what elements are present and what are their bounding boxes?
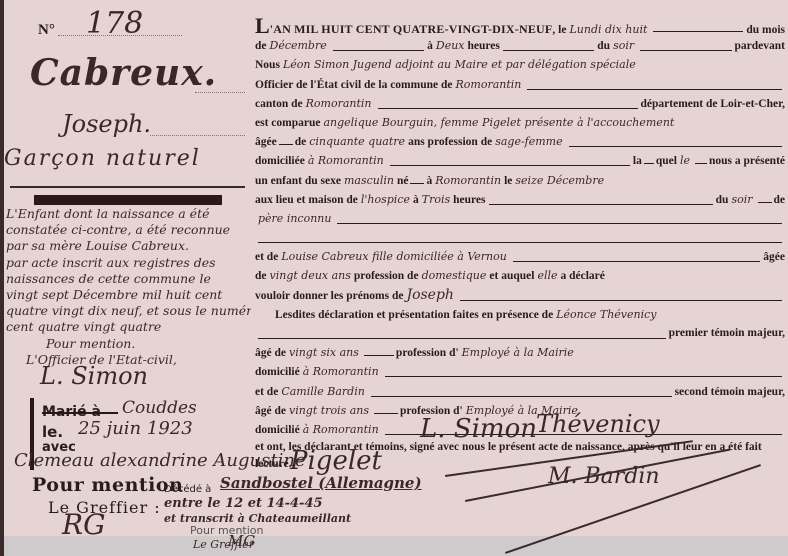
form-blank — [385, 366, 782, 377]
form-blank — [337, 213, 782, 224]
note-line: Pour mention. — [6, 336, 251, 352]
form-blank — [513, 251, 760, 262]
printed-text: nous a présenté — [709, 152, 785, 171]
note-line: cent quatre vingt quatre — [6, 319, 251, 335]
death-label: Décédé à — [164, 484, 211, 495]
handwritten-domicile: à Romorantin — [308, 151, 384, 170]
handwritten-age: cinquante quatre — [309, 132, 405, 151]
handwritten-witness2: Camille Bardin — [281, 382, 365, 401]
printed-text: de — [255, 267, 267, 286]
form-blank — [364, 355, 394, 356]
form-row-prenoms: vouloir donner les prénoms deJoseph — [255, 286, 785, 305]
form-blank — [410, 183, 424, 184]
form-blank — [460, 290, 782, 301]
form-blank — [758, 202, 772, 203]
form-row-father: père inconnu — [255, 209, 785, 228]
birth-act-form: L'AN MIL HUIT CENT QUATRE-VINGT-DIX-NEUF… — [255, 17, 785, 473]
given-dotted-line — [150, 135, 245, 136]
note-line: constatée ci-contre, a été reconnue — [6, 222, 251, 238]
marriage-strike — [42, 412, 118, 414]
printed-text: ans profession de — [408, 133, 492, 152]
form-blank — [489, 194, 713, 205]
printed-text: premier témoin majeur, — [669, 324, 785, 343]
handwritten-profession: sage-femme — [495, 132, 562, 151]
form-row-witnesses: Lesdites déclaration et présentation fai… — [255, 305, 785, 324]
death-date: entre le 12 et 14-4-45 — [164, 496, 323, 511]
note-line: par acte inscrit aux registres des — [6, 255, 251, 271]
printed-text: âgé de — [255, 402, 286, 421]
form-blank — [653, 21, 743, 32]
printed-text: de — [774, 191, 786, 210]
officer-signature: L. Simon — [420, 414, 537, 444]
printed-text: Officier de l'État civil de la commune d… — [255, 76, 453, 95]
child-given-name: Joseph. — [62, 110, 151, 138]
officer-signature-margin: L. Simon — [40, 362, 148, 390]
printed-text: du — [597, 37, 610, 56]
form-row-officer: NousLéon Simon Jugend adjoint au Maire e… — [255, 55, 785, 74]
act-number-label: N° — [38, 22, 55, 39]
form-row-witness1-domicile: domiciliéà Romorantin — [255, 362, 785, 381]
form-row-witness2: et deCamille Bardin second témoin majeur… — [255, 382, 785, 401]
form-row-age: âgée decinquante quatre ans profession d… — [255, 132, 785, 151]
greffier-signature: RG — [62, 508, 105, 541]
printed-text: de — [255, 37, 267, 56]
form-blank — [390, 155, 630, 166]
form-row-mother: et deLouise Cabreux fille domiciliée à V… — [255, 247, 785, 266]
form-row-witness1-age: âgé devingt six ans profession d'Employé… — [255, 343, 785, 362]
note-line: L'Enfant dont la naissance a été — [6, 206, 251, 222]
printed-text: et de — [255, 248, 278, 267]
form-blank — [279, 144, 293, 145]
printed-text: un enfant du sexe — [255, 172, 341, 191]
printed-text: âgé de — [255, 344, 286, 363]
printed-text: second témoin majeur, — [675, 383, 785, 402]
printed-text: Nous — [255, 56, 280, 75]
handwritten-commune: Romorantin — [456, 75, 522, 94]
form-blank — [695, 163, 707, 164]
printed-text: le — [504, 172, 512, 191]
handwritten-pronoun: elle — [537, 266, 557, 285]
handwritten-mother-age: vingt deux ans — [270, 266, 351, 285]
printed-text: âgée — [763, 248, 785, 267]
redaction-bar — [34, 195, 222, 205]
printed-text: à — [413, 191, 419, 210]
declarant-signature: Pigelet — [290, 446, 382, 476]
handwritten-house: l'hospice — [361, 190, 410, 209]
form-blank — [374, 413, 398, 414]
printed-text: heures — [453, 191, 485, 210]
form-row-blank — [255, 228, 785, 247]
handwritten-month: Décembre — [270, 36, 327, 55]
form-blank — [258, 232, 782, 243]
handwritten-birth-period: soir — [731, 190, 752, 209]
handwritten-birth-hour: Trois — [422, 190, 450, 209]
note-line: vingt sept Décembre mil huit cent — [6, 287, 251, 303]
printed-text: domicilié — [255, 363, 300, 382]
printed-text: , le — [552, 21, 566, 40]
handwritten-sex: masculin — [344, 171, 394, 190]
printed-text: canton de — [255, 95, 303, 114]
second-greffier-signature: MG — [228, 532, 255, 550]
form-row-date: L'AN MIL HUIT CENT QUATRE-VINGT-DIX-NEUF… — [255, 17, 785, 36]
handwritten-declarant: angelique Bourguin, femme Pigelet présen… — [323, 113, 674, 132]
death-place: Sandbostel (Allemagne) — [220, 474, 422, 492]
handwritten-birthdate: seize Décembre — [515, 171, 604, 190]
witness1-signature: Thévenicy — [536, 410, 660, 438]
handwritten-witness1-domicile: à Romorantin — [303, 362, 379, 381]
printed-text: âgée — [255, 133, 277, 152]
printed-text: du — [716, 191, 729, 210]
printed-text: est comparue — [255, 114, 320, 133]
surname-dotted-line — [195, 92, 245, 93]
handwritten-witness1: Léonce Thévenicy — [556, 305, 656, 324]
printed-text: né — [397, 172, 409, 191]
note-line: par sa mère Louise Cabreux. — [6, 238, 251, 254]
printed-text: heures — [468, 37, 500, 56]
form-row-mother-age: devingt deux ans profession dedomestique… — [255, 266, 785, 285]
printed-text: à — [427, 37, 433, 56]
child-status: Garçon naturel — [4, 146, 201, 171]
printed-text: a déclaré — [561, 267, 605, 286]
form-blank — [640, 40, 731, 51]
printed-text: à — [426, 172, 432, 191]
marriage-date-label: le. — [42, 423, 63, 441]
handwritten-father: père inconnu — [258, 209, 331, 228]
printed-text: aux lieu et maison de — [255, 191, 358, 210]
handwritten-witness2-domicile: à Romorantin — [303, 420, 379, 439]
act-number-value: 178 — [86, 6, 143, 41]
form-blank — [378, 98, 638, 109]
form-blank — [258, 328, 666, 339]
child-surname: Cabreux. — [30, 52, 217, 94]
handwritten-period: soir — [613, 36, 634, 55]
printed-text: quel — [656, 152, 677, 171]
handwritten-mother-profession: domestique — [422, 266, 487, 285]
margin-separator — [10, 186, 245, 188]
pour-mention-stamp: Pour mention — [32, 474, 183, 496]
printed-text: la — [633, 152, 642, 171]
form-blank — [371, 386, 672, 397]
printed-text: pardevant — [735, 37, 785, 56]
handwritten-gender: le — [680, 151, 690, 170]
form-blank — [569, 136, 782, 147]
scan-bottom-strip — [0, 536, 788, 556]
printed-text: vouloir donner les prénoms de — [255, 287, 403, 306]
handwritten-witness1-age: vingt six ans — [289, 343, 359, 362]
form-row-place: aux lieu et maison del'hospice àTrois he… — [255, 190, 785, 209]
printed-text: et auquel — [489, 267, 534, 286]
form-blank — [333, 40, 424, 51]
form-row-canton: canton deRomorantin département de Loir-… — [255, 94, 785, 113]
form-blank — [527, 79, 782, 90]
handwritten-hour: Deux — [436, 36, 465, 55]
form-row-witness1-label: premier témoin majeur, — [255, 324, 785, 343]
printed-text: de — [295, 133, 307, 152]
handwritten-canton: Romorantin — [306, 94, 372, 113]
form-blank — [644, 163, 654, 164]
note-line: quatre vingt dix neuf, et sous le numéro — [6, 303, 251, 319]
handwritten-witness2-age: vingt trois ans — [289, 401, 369, 420]
printed-text: domicilié — [255, 421, 300, 440]
recognition-note: L'Enfant dont la naissance a été constat… — [6, 206, 251, 368]
printed-text: profession de — [354, 267, 419, 286]
printed-text: Lesdites déclaration et présentation fai… — [275, 306, 553, 325]
handwritten-mother: Louise Cabreux fille domiciliée à Vernou — [281, 247, 507, 266]
printed-text: profession d' — [396, 344, 459, 363]
scan-left-edge — [0, 0, 4, 556]
form-row-commune: Officier de l'État civil de la commune d… — [255, 75, 785, 94]
printed-text: département de Loir-et-Cher, — [641, 95, 785, 114]
note-line: naissances de cette commune le — [6, 271, 251, 287]
handwritten-prenom: Joseph — [406, 286, 454, 305]
marriage-date: 25 juin 1923 — [78, 418, 193, 439]
handwritten-officer: Léon Simon Jugend adjoint au Maire et pa… — [283, 55, 636, 74]
form-row-domicile: domiciliéeà Romorantin la quelle nous a … — [255, 151, 785, 170]
printed-text: domiciliée — [255, 152, 305, 171]
form-row-child: un enfant du sexemasculin né àRomorantin… — [255, 171, 785, 190]
handwritten-witness1-profession: Employé à la Mairie — [462, 343, 574, 362]
handwritten-birthplace: Romorantin — [435, 171, 501, 190]
form-blank — [503, 40, 594, 51]
marriage-place: Couddes — [122, 398, 197, 418]
form-row-declarant: est comparueangelique Bourguin, femme Pi… — [255, 113, 785, 132]
printed-text: et de — [255, 383, 278, 402]
initial-letter: L — [255, 17, 270, 35]
witness2-signature: M. Bardin — [548, 464, 660, 489]
